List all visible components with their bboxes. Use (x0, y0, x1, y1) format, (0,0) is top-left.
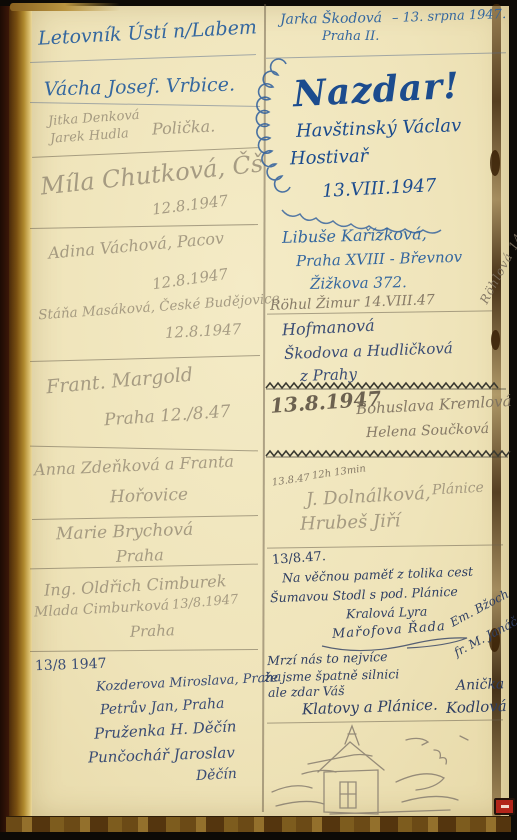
zigzag-rule (266, 448, 508, 460)
book-page-edges-left (9, 0, 32, 840)
dolnalkova-place: Plánice (432, 481, 485, 498)
signature-flourish (320, 632, 470, 652)
church-sketch (266, 722, 506, 818)
guestbook-scan: Letovník Ústí n/Labem Vácha Josef. Vrbic… (0, 0, 517, 840)
entry-cimburek-place: Praha (130, 623, 175, 640)
entry-decin-line5: Děčín (196, 767, 238, 784)
dolnalkova-name2: Hrubeš Jiří (300, 512, 401, 534)
klatovy-line2: že jsme špatně silnici (264, 667, 400, 684)
scan-border-bottom (0, 832, 517, 840)
book-corner-top (10, 3, 120, 11)
entry-denkova-place: Polička. (152, 118, 216, 138)
stain-blob (491, 330, 500, 350)
minus-icon (501, 805, 509, 808)
entry-decin-date: 13/8 1947 (35, 657, 107, 674)
nazdar-place: Hostivař (290, 148, 369, 170)
entry-zdenkova-place: Hořovice (110, 487, 189, 508)
klatovy-name2: Kodlová (446, 699, 507, 717)
zigzag-rule (266, 380, 506, 392)
header-place: Praha II. (322, 30, 379, 44)
nazdar-title: Nazdar! (292, 68, 461, 114)
klatovy-name1: Anička (456, 677, 505, 693)
header-name: Jarka Škodová (280, 11, 382, 27)
libuse-line3: Žižkova 372. (310, 275, 407, 292)
book-spine-shadow (0, 0, 9, 840)
klatovy-line3: ale zdar Váš (268, 684, 345, 699)
pamet-line3: Kralová Lyra (346, 605, 428, 621)
libuse-line1: Libuše Kařízková, (282, 226, 427, 247)
red-minus-mark (494, 798, 515, 815)
entry-brychova-place: Praha (116, 547, 164, 565)
